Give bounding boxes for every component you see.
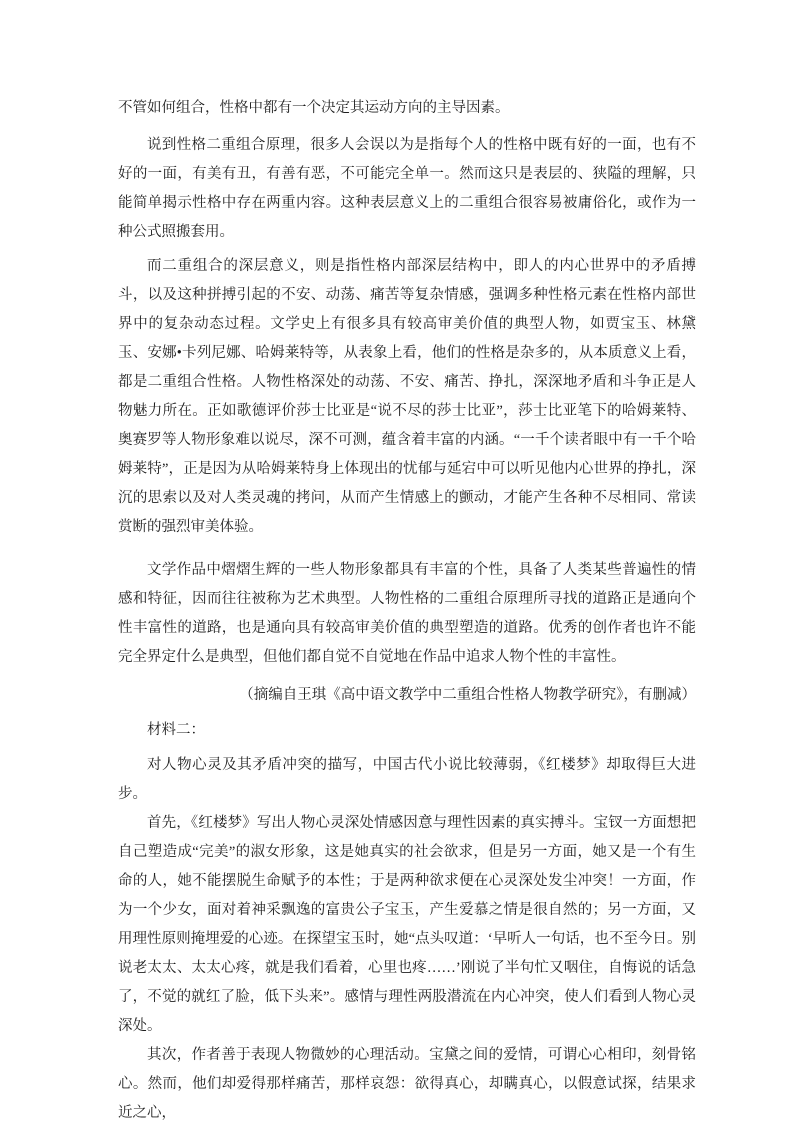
material-2-label: 材料二： — [118, 716, 696, 745]
document-page: 不管如何组合，性格中都有一个决定其运动方向的主导因素。说到性格二重组合原理，很多… — [0, 0, 793, 1122]
paragraph-continuation: 不管如何组合，性格中都有一个决定其运动方向的主导因素。 — [118, 94, 696, 123]
paragraph: 而二重组合的深层意义，则是指性格内部深层结构中，即人的内心世界中的矛盾搏斗，以及… — [118, 252, 696, 542]
paragraph: 其次，作者善于表现人物微妙的心理活动。宝黛之间的爱情，可谓心心相印，刻骨铭心。然… — [118, 1041, 696, 1122]
paragraph: 说到性格二重组合原理，很多人会误以为是指每个人的性格中既有好的一面，也有不好的一… — [118, 131, 696, 247]
paragraph: 首先，《红楼梦》写出人物心灵深处情感因意与理性因素的真实搏斗。宝钗一方面想把自己… — [118, 809, 696, 1041]
paragraph: 文学作品中熠熠生辉的一些人物形象都具有丰富的个性，具备了人类某些普遍性的情感和特… — [118, 556, 696, 672]
document-body: 不管如何组合，性格中都有一个决定其运动方向的主导因素。说到性格二重组合原理，很多… — [118, 94, 696, 1122]
source-citation: （摘编自王琪《高中语文教学中二重组合性格人物教学研究》，有删减） — [118, 681, 696, 710]
paragraph: 对人物心灵及其矛盾冲突的描写，中国古代小说比较薄弱，《红楼梦》却取得巨大进步。 — [118, 751, 696, 809]
